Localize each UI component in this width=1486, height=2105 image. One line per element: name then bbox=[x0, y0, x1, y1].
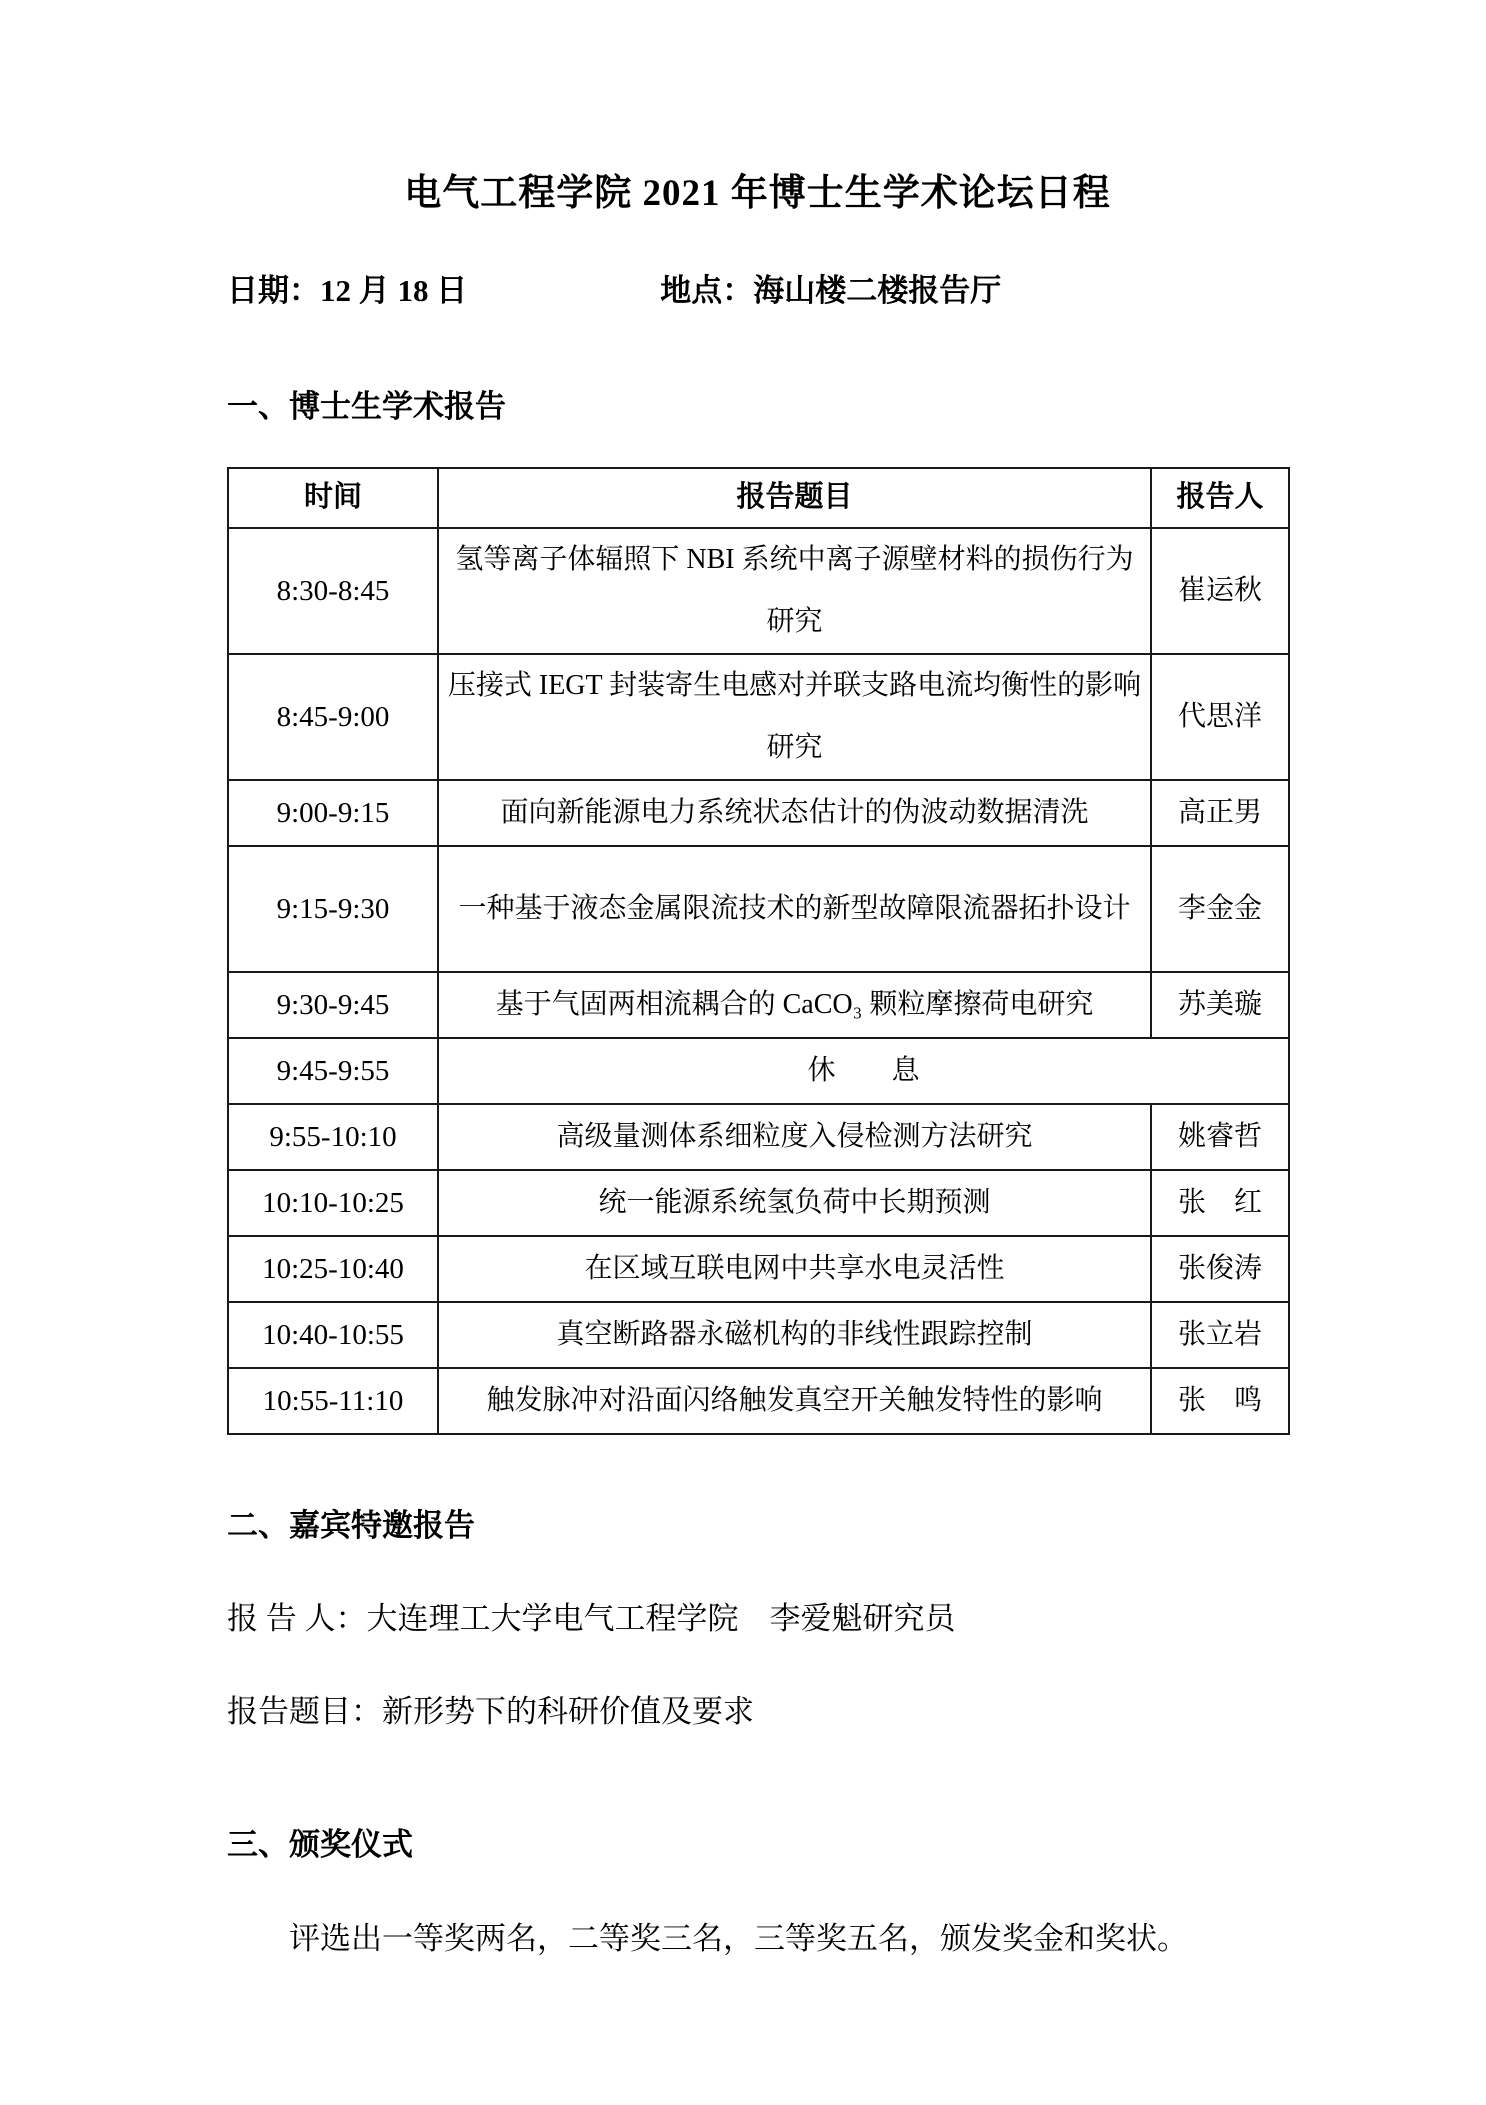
time-cell: 10:40-10:55 bbox=[228, 1302, 438, 1368]
table-row: 10:25-10:40 在区域互联电网中共享水电灵活性 张俊涛 bbox=[228, 1236, 1289, 1302]
table-row: 9:00-9:15 面向新能源电力系统状态估计的伪波动数据清洗 高正男 bbox=[228, 780, 1289, 846]
table-row: 9:55-10:10 高级量测体系细粒度入侵检测方法研究 姚睿哲 bbox=[228, 1104, 1289, 1170]
speaker-cell: 张俊涛 bbox=[1151, 1236, 1289, 1302]
section1-heading: 一、博士生学术报告 bbox=[227, 388, 1288, 425]
table-row: 10:40-10:55 真空断路器永磁机构的非线性跟踪控制 张立岩 bbox=[228, 1302, 1289, 1368]
speaker-cell: 代思洋 bbox=[1151, 654, 1289, 780]
table-row: 9:15-9:30 一种基于液态金属限流技术的新型故障限流器拓扑设计 李金金 bbox=[228, 846, 1289, 972]
speaker-cell: 苏美璇 bbox=[1151, 972, 1289, 1038]
title-cell: 面向新能源电力系统状态估计的伪波动数据清洗 bbox=[438, 780, 1151, 846]
speaker-cell: 姚睿哲 bbox=[1151, 1104, 1289, 1170]
speaker-cell: 张立岩 bbox=[1151, 1302, 1289, 1368]
award-description: 评选出一等奖两名，二等奖三名，三等奖五名，颁发奖金和奖状。 bbox=[227, 1920, 1288, 1957]
table-row-break: 9:45-9:55 休 息 bbox=[228, 1038, 1289, 1104]
table-row: 10:55-11:10 触发脉冲对沿面闪络触发真空开关触发特性的影响 张 鸣 bbox=[228, 1368, 1289, 1434]
table-row: 9:30-9:45 基于气固两相流耦合的 CaCO₃ 颗粒摩擦荷电研究 苏美璇 bbox=[228, 972, 1289, 1038]
title-cell: 真空断路器永磁机构的非线性跟踪控制 bbox=[438, 1302, 1151, 1368]
time-cell: 10:55-11:10 bbox=[228, 1368, 438, 1434]
time-cell: 9:45-9:55 bbox=[228, 1038, 438, 1104]
title-cell: 一种基于液态金属限流技术的新型故障限流器拓扑设计 bbox=[438, 846, 1151, 972]
schedule-table: 时间 报告题目 报告人 8:30-8:45 氢等离子体辐照下 NBI 系统中离子… bbox=[227, 467, 1290, 1435]
date-location-line: 日期：12 月 18 日 地点：海山楼二楼报告厅 bbox=[227, 272, 1288, 309]
table-row: 8:45-9:00 压接式 IEGT 封装寄生电感对并联支路电流均衡性的影响研究… bbox=[228, 654, 1289, 780]
guest-topic-line: 报告题目：新形势下的科研价值及要求 bbox=[227, 1693, 1288, 1730]
title-cell: 统一能源系统氢负荷中长期预测 bbox=[438, 1170, 1151, 1236]
title-cell: 氢等离子体辐照下 NBI 系统中离子源壁材料的损伤行为研究 bbox=[438, 528, 1151, 654]
speaker-cell: 张 红 bbox=[1151, 1170, 1289, 1236]
section2-heading: 二、嘉宾特邀报告 bbox=[227, 1507, 1288, 1544]
date-label: 日期：12 月 18 日 bbox=[227, 272, 467, 309]
title-cell: 高级量测体系细粒度入侵检测方法研究 bbox=[438, 1104, 1151, 1170]
section3-heading: 三、颁奖仪式 bbox=[227, 1826, 1288, 1863]
header-title: 报告题目 bbox=[438, 468, 1151, 528]
table-header-row: 时间 报告题目 报告人 bbox=[228, 468, 1289, 528]
break-cell: 休 息 bbox=[438, 1038, 1289, 1104]
title-cell: 压接式 IEGT 封装寄生电感对并联支路电流均衡性的影响研究 bbox=[438, 654, 1151, 780]
document-page: 电气工程学院 2021 年博士生学术论坛日程 日期：12 月 18 日 地点：海… bbox=[0, 0, 1486, 2105]
title-cell: 触发脉冲对沿面闪络触发真空开关触发特性的影响 bbox=[438, 1368, 1151, 1434]
page-title: 电气工程学院 2021 年博士生学术论坛日程 bbox=[227, 172, 1288, 216]
time-cell: 9:55-10:10 bbox=[228, 1104, 438, 1170]
title-cell: 在区域互联电网中共享水电灵活性 bbox=[438, 1236, 1151, 1302]
location-label: 地点：海山楼二楼报告厅 bbox=[660, 272, 1001, 309]
speaker-cell: 张 鸣 bbox=[1151, 1368, 1289, 1434]
table-row: 10:10-10:25 统一能源系统氢负荷中长期预测 张 红 bbox=[228, 1170, 1289, 1236]
header-speaker: 报告人 bbox=[1151, 468, 1289, 528]
table-row: 8:30-8:45 氢等离子体辐照下 NBI 系统中离子源壁材料的损伤行为研究 … bbox=[228, 528, 1289, 654]
guest-speaker-line: 报 告 人：大连理工大学电气工程学院 李爱魁研究员 bbox=[227, 1600, 1288, 1637]
time-cell: 9:15-9:30 bbox=[228, 846, 438, 972]
time-cell: 10:25-10:40 bbox=[228, 1236, 438, 1302]
title-cell: 基于气固两相流耦合的 CaCO₃ 颗粒摩擦荷电研究 bbox=[438, 972, 1151, 1038]
speaker-cell: 高正男 bbox=[1151, 780, 1289, 846]
document-content: 电气工程学院 2021 年博士生学术论坛日程 日期：12 月 18 日 地点：海… bbox=[227, 0, 1288, 1957]
speaker-cell: 李金金 bbox=[1151, 846, 1289, 972]
time-cell: 8:30-8:45 bbox=[228, 528, 438, 654]
time-cell: 8:45-9:00 bbox=[228, 654, 438, 780]
time-cell: 10:10-10:25 bbox=[228, 1170, 438, 1236]
speaker-cell: 崔运秋 bbox=[1151, 528, 1289, 654]
time-cell: 9:30-9:45 bbox=[228, 972, 438, 1038]
time-cell: 9:00-9:15 bbox=[228, 780, 438, 846]
header-time: 时间 bbox=[228, 468, 438, 528]
